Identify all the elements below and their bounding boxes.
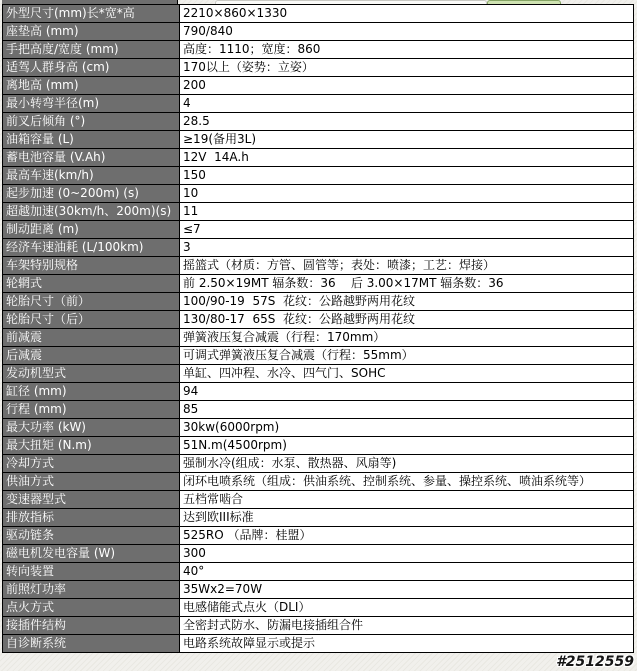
spec-value: 40° [180, 563, 634, 581]
spec-value: 闭环电喷系统（组成：供油系统、控制系统、参量、操控系统、喷油系统等） [180, 473, 634, 491]
table-row: 冷却方式 强制水冷(组成：水泵、散热器、风扇等) [3, 455, 634, 473]
table-row: 座垫高 (mm) 790/840 [3, 23, 634, 41]
spec-value: 170以上（姿势：立姿） [180, 59, 634, 77]
spec-value: 高度：1110；宽度：860 [180, 41, 634, 59]
spec-value: 强制水冷(组成：水泵、散热器、风扇等) [180, 455, 634, 473]
spec-label: 转向装置 [3, 563, 180, 581]
spec-label: 接插件结构 [3, 617, 180, 635]
spec-label: 磁电机发电容量 (W) [3, 545, 180, 563]
spec-label: 超越加速(30km/h、200m)(s) [3, 203, 180, 221]
spec-value: 4 [180, 95, 634, 113]
spec-label: 后减震 [3, 347, 180, 365]
spec-value: 35Wx2=70W [180, 581, 634, 599]
table-row: 经济车速油耗 (L/100km) 3 [3, 239, 634, 257]
table-row: 后减震 可调式弹簧液压复合减震（行程：55mm） [3, 347, 634, 365]
spec-label: 驱动链条 [3, 527, 180, 545]
spec-label: 轮胎尺寸（前） [3, 293, 180, 311]
spec-value: 28.5 [180, 113, 634, 131]
table-row: 轮辋式 前 2.50×19MT 辐条数：36 后 3.00×17MT 辐条数：3… [3, 275, 634, 293]
table-row: 外型尺寸(mm)长*宽*高 2210×860×1330 [3, 5, 634, 23]
spec-value: 单缸、四冲程、水冷、四气门、SOHC [180, 365, 634, 383]
spec-value: 11 [180, 203, 634, 221]
table-row: 超越加速(30km/h、200m)(s) 11 [3, 203, 634, 221]
spec-value: 前 2.50×19MT 辐条数：36 后 3.00×17MT 辐条数：36 [180, 275, 634, 293]
spec-value: 10 [180, 185, 634, 203]
spec-table: 外型尺寸(mm)长*宽*高 2210×860×1330 座垫高 (mm) 790… [2, 4, 634, 653]
table-row: 前叉后倾角 (°) 28.5 [3, 113, 634, 131]
table-row: 自诊断系统 电路系统故障显示或提示 [3, 635, 634, 653]
spec-label: 轮辋式 [3, 275, 180, 293]
spec-label: 油箱容量 (L) [3, 131, 180, 149]
spec-label: 制动距离 (m) [3, 221, 180, 239]
spec-label: 排放指标 [3, 509, 180, 527]
table-row: 最小转弯半径(m) 4 [3, 95, 634, 113]
spec-value: 达到欧III标准 [180, 509, 634, 527]
spec-value: 525RO （品牌：桂盟） [180, 527, 634, 545]
table-row: 前照灯功率 35Wx2=70W [3, 581, 634, 599]
table-row: 行程 (mm) 85 [3, 401, 634, 419]
spec-value: 130/80-17 65S 花纹：公路越野两用花纹 [180, 311, 634, 329]
table-row: 点火方式 电感储能式点火（DLI） [3, 599, 634, 617]
spec-value: 摇篮式（材质：方管、圆管等；表处：喷漆；工艺：焊接） [180, 257, 634, 275]
spec-label: 缸径 (mm) [3, 383, 180, 401]
spec-label: 行程 (mm) [3, 401, 180, 419]
spec-label: 冷却方式 [3, 455, 180, 473]
table-row: 磁电机发电容量 (W) 300 [3, 545, 634, 563]
spec-label: 最大功率 (kW) [3, 419, 180, 437]
table-row: 轮胎尺寸（后） 130/80-17 65S 花纹：公路越野两用花纹 [3, 311, 634, 329]
table-row: 驱动链条 525RO （品牌：桂盟） [3, 527, 634, 545]
spec-label: 起步加速 (0~200m) (s) [3, 185, 180, 203]
table-row: 接插件结构 全密封式防水、防漏电接插组合件 [3, 617, 634, 635]
table-row: 轮胎尺寸（前） 100/90-19 57S 花纹：公路越野两用花纹 [3, 293, 634, 311]
spec-label: 最高车速(km/h) [3, 167, 180, 185]
table-row: 油箱容量 (L) ≥19(备用3L) [3, 131, 634, 149]
table-row: 蓄电池容量 (V.Ah) 12V 14A.h [3, 149, 634, 167]
spec-value: 51N.m(4500rpm) [180, 437, 634, 455]
spec-value: 790/840 [180, 23, 634, 41]
spec-value: 电感储能式点火（DLI） [180, 599, 634, 617]
spec-value: 300 [180, 545, 634, 563]
spec-label: 蓄电池容量 (V.Ah) [3, 149, 180, 167]
table-row: 前减震 弹簧液压复合减震（行程：170mm） [3, 329, 634, 347]
spec-label: 最大扭矩 (N.m) [3, 437, 180, 455]
spec-value: 电路系统故障显示或提示 [180, 635, 634, 653]
table-row: 适驾人群身高 (cm) 170以上（姿势：立姿） [3, 59, 634, 77]
spec-label: 点火方式 [3, 599, 180, 617]
spec-label: 车架特别规格 [3, 257, 180, 275]
table-row: 最大扭矩 (N.m) 51N.m(4500rpm) [3, 437, 634, 455]
table-row: 转向装置 40° [3, 563, 634, 581]
spec-value: 85 [180, 401, 634, 419]
spec-label: 自诊断系统 [3, 635, 180, 653]
spec-label: 经济车速油耗 (L/100km) [3, 239, 180, 257]
spec-label: 供油方式 [3, 473, 180, 491]
spec-label: 前减震 [3, 329, 180, 347]
table-row: 变速器型式 五档常啮合 [3, 491, 634, 509]
spec-label: 最小转弯半径(m) [3, 95, 180, 113]
spec-value: 弹簧液压复合减震（行程：170mm） [180, 329, 634, 347]
table-row: 供油方式 闭环电喷系统（组成：供油系统、控制系统、参量、操控系统、喷油系统等） [3, 473, 634, 491]
table-row: 离地高 (mm) 200 [3, 77, 634, 95]
spec-label: 座垫高 (mm) [3, 23, 180, 41]
spec-label: 发动机型式 [3, 365, 180, 383]
spec-value: 150 [180, 167, 634, 185]
spec-label: 前叉后倾角 (°) [3, 113, 180, 131]
spec-value: 五档常啮合 [180, 491, 634, 509]
spec-value: 可调式弹簧液压复合减震（行程：55mm） [180, 347, 634, 365]
spec-value: ≤7 [180, 221, 634, 239]
spec-table-body: 外型尺寸(mm)长*宽*高 2210×860×1330 座垫高 (mm) 790… [3, 5, 634, 653]
spec-value: ≥19(备用3L) [180, 131, 634, 149]
spec-value: 200 [180, 77, 634, 95]
table-row: 制动距离 (m) ≤7 [3, 221, 634, 239]
table-row: 排放指标 达到欧III标准 [3, 509, 634, 527]
spec-label: 离地高 (mm) [3, 77, 180, 95]
watermark: #2512559 [556, 654, 634, 670]
spec-label: 外型尺寸(mm)长*宽*高 [3, 5, 180, 23]
table-row: 发动机型式 单缸、四冲程、水冷、四气门、SOHC [3, 365, 634, 383]
spec-value: 2210×860×1330 [180, 5, 634, 23]
spec-label: 变速器型式 [3, 491, 180, 509]
spec-label: 轮胎尺寸（后） [3, 311, 180, 329]
spec-label: 手把高度/宽度 (mm) [3, 41, 180, 59]
table-row: 最高车速(km/h) 150 [3, 167, 634, 185]
spec-value: 3 [180, 239, 634, 257]
spec-label: 适驾人群身高 (cm) [3, 59, 180, 77]
table-row: 车架特别规格 摇篮式（材质：方管、圆管等；表处：喷漆；工艺：焊接） [3, 257, 634, 275]
spec-value: 94 [180, 383, 634, 401]
spec-value: 30kw(6000rpm) [180, 419, 634, 437]
spec-value: 12V 14A.h [180, 149, 634, 167]
spec-value: 全密封式防水、防漏电接插组合件 [180, 617, 634, 635]
spec-value: 100/90-19 57S 花纹：公路越野两用花纹 [180, 293, 634, 311]
table-row: 缸径 (mm) 94 [3, 383, 634, 401]
spec-label: 前照灯功率 [3, 581, 180, 599]
table-row: 起步加速 (0~200m) (s) 10 [3, 185, 634, 203]
table-row: 手把高度/宽度 (mm) 高度：1110；宽度：860 [3, 41, 634, 59]
table-row: 最大功率 (kW) 30kw(6000rpm) [3, 419, 634, 437]
